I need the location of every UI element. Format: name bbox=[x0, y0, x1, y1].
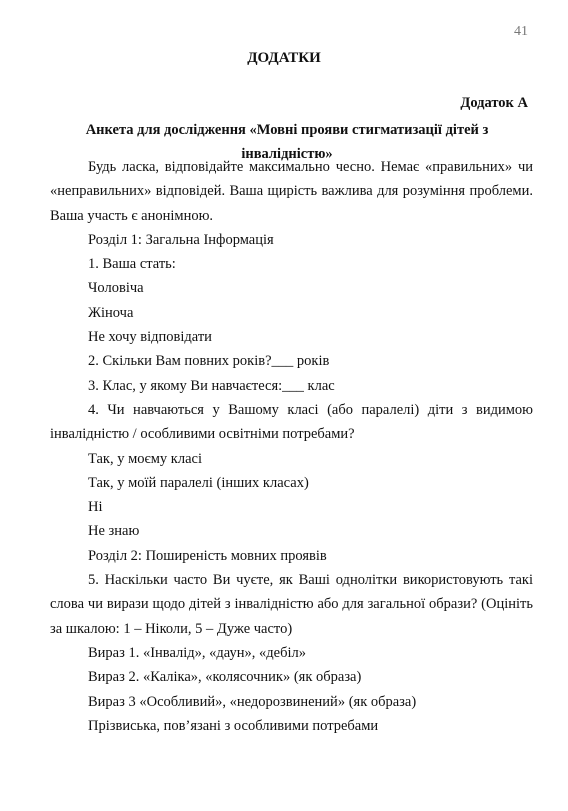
q4-option: Так, у моєму класі bbox=[50, 447, 533, 471]
q4-option: Не знаю bbox=[50, 519, 533, 543]
q5-item: Прізвиська, пов’язані з особливими потре… bbox=[50, 714, 533, 738]
appendix-label: Додаток А bbox=[460, 95, 528, 112]
q4-option: Так, у моїй паралелі (інших класах) bbox=[50, 471, 533, 495]
q1-option: Не хочу відповідати bbox=[50, 325, 533, 349]
q5-item: Вираз 2. «Каліка», «колясочник» (як обра… bbox=[50, 665, 533, 689]
q5-item: Вираз 1. «Інвалід», «даун», «дебіл» bbox=[50, 641, 533, 665]
q4-option: Ні bbox=[50, 495, 533, 519]
page-number: 41 bbox=[514, 24, 528, 40]
question-1: 1. Ваша стать: bbox=[50, 252, 533, 276]
section-1-heading: Розділ 1: Загальна Інформація bbox=[50, 228, 533, 252]
document-body: Будь ласка, відповідайте максимально чес… bbox=[50, 155, 533, 738]
question-3: 3. Клас, у якому Ви навчаєтеся:___ клас bbox=[50, 374, 533, 398]
intro-paragraph: Будь ласка, відповідайте максимально чес… bbox=[50, 155, 533, 228]
q5-item: Вираз 3 «Особливий», «недорозвинений» (я… bbox=[50, 690, 533, 714]
section-2-heading: Розділ 2: Поширеність мовних проявів bbox=[50, 544, 533, 568]
page-heading: ДОДАТКИ bbox=[0, 50, 568, 67]
question-4: 4. Чи навчаються у Вашому класі (або пар… bbox=[50, 398, 533, 447]
q1-option: Жіноча bbox=[50, 301, 533, 325]
q1-option: Чоловіча bbox=[50, 276, 533, 300]
question-5: 5. Наскільки часто Ви чуєте, як Ваші одн… bbox=[50, 568, 533, 641]
question-2: 2. Скільки Вам повних років?___ років bbox=[50, 349, 533, 373]
